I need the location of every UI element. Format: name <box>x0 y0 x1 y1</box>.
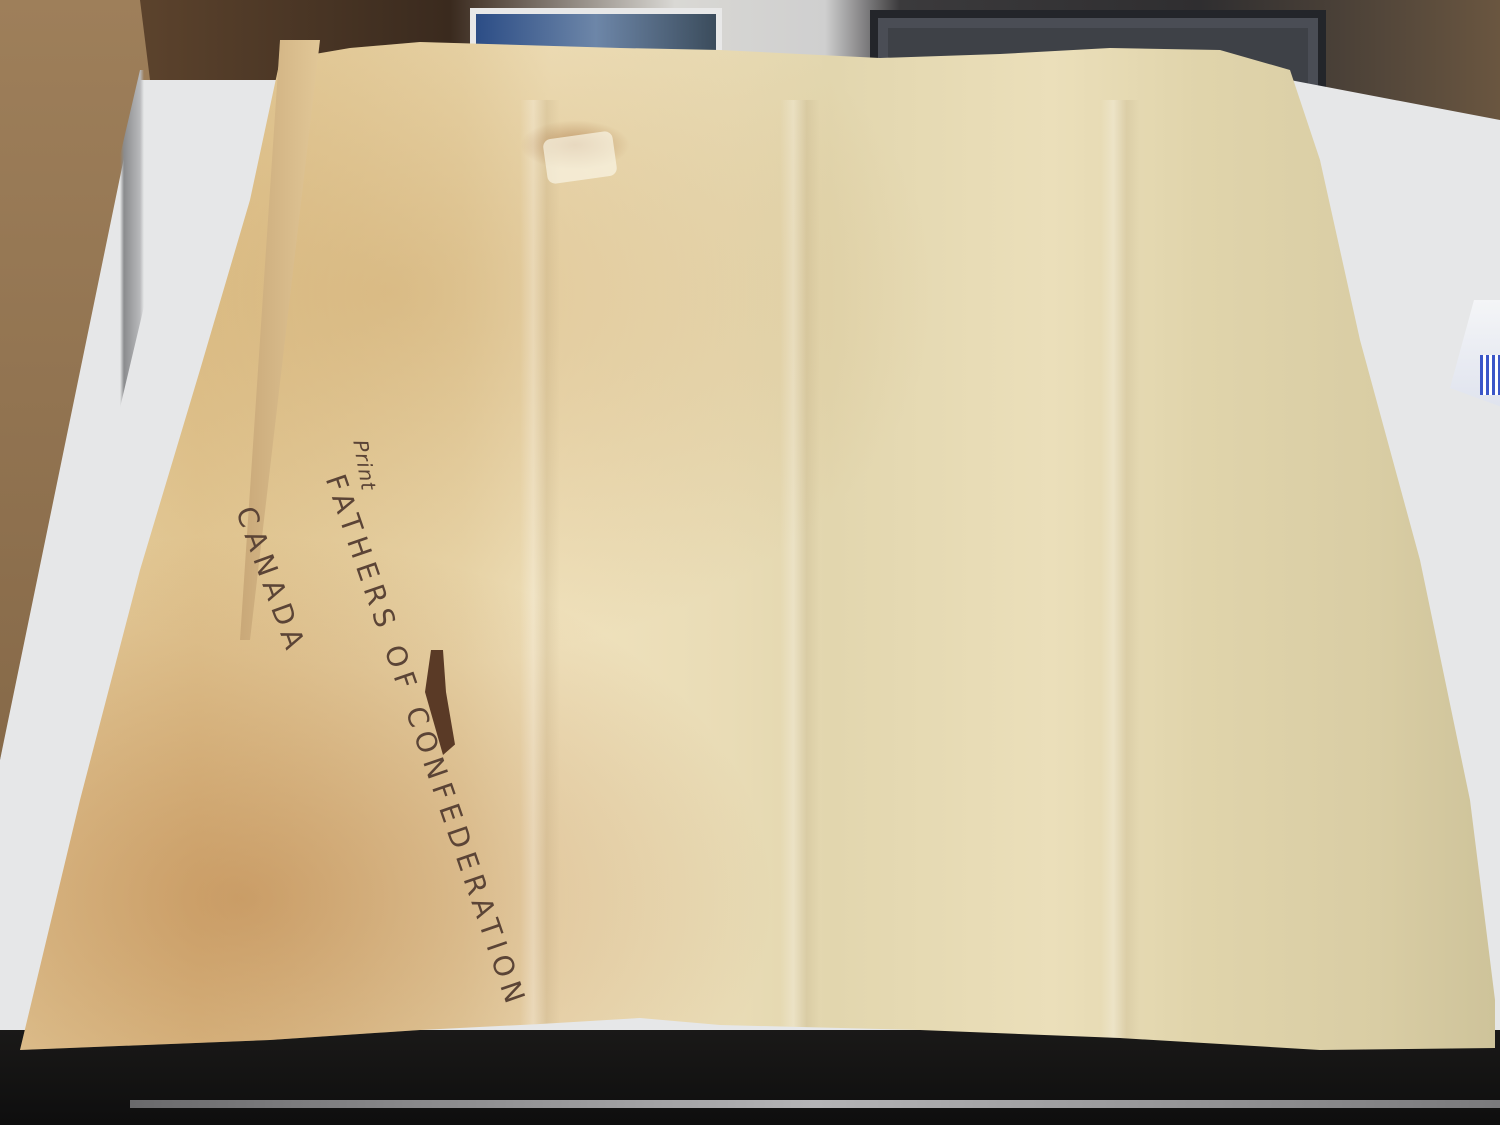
handwritten-title: FATHERS OF CONFEDERATION <box>319 470 533 1013</box>
tape-remnant <box>542 130 618 184</box>
handwritten-label: Print FATHERS OF CONFEDERATION CANADA <box>200 430 520 950</box>
bag-print <box>1480 355 1500 395</box>
paper-fold <box>1100 100 1140 1050</box>
base-strip <box>130 1100 1500 1108</box>
paper-fold <box>780 100 820 1050</box>
paper-fold <box>520 100 560 1050</box>
handwritten-subtitle: CANADA <box>229 502 313 659</box>
